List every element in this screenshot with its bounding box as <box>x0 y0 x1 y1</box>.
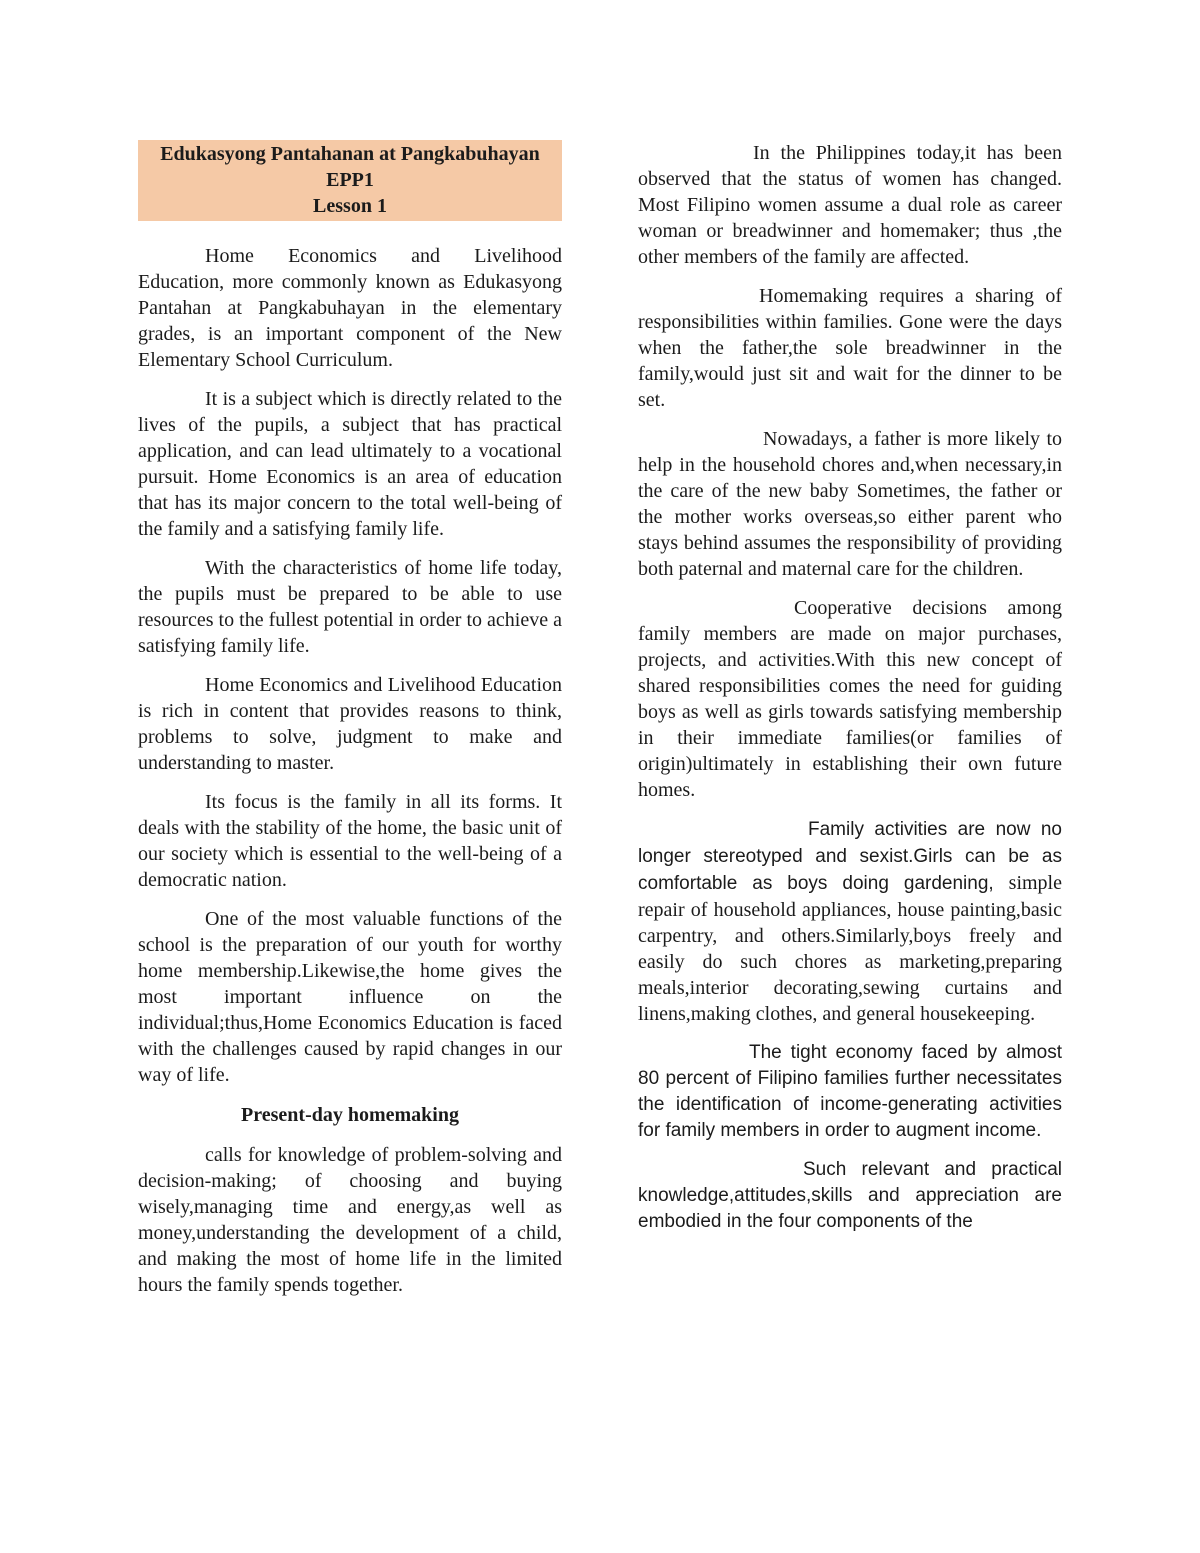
document-page: Edukasyong Pantahanan at Pangkabuhayan E… <box>0 0 1200 1553</box>
paragraph-focus-family: Its focus is the family in all its forms… <box>138 789 562 893</box>
left-column: Edukasyong Pantahanan at Pangkabuhayan E… <box>138 140 562 1311</box>
header-code-line: EPP1 <box>144 167 556 193</box>
paragraph-rich-content: Home Economics and Livelihood Education … <box>138 672 562 776</box>
paragraph-characteristics: With the characteristics of home life to… <box>138 555 562 659</box>
paragraph-school-functions: One of the most valuable functions of th… <box>138 906 562 1088</box>
paragraph-homemaking-sharing: Homemaking requires a sharing of respons… <box>638 283 1062 413</box>
paragraph-family-activities: Family activities are now no longer ster… <box>638 816 1062 1027</box>
paragraph-tight-economy: The tight economy faced by almost 80 per… <box>638 1040 1062 1144</box>
two-column-layout: Edukasyong Pantahanan at Pangkabuhayan E… <box>138 140 1062 1311</box>
paragraph-subject: It is a subject which is directly relate… <box>138 386 562 542</box>
paragraph-philippines-today: In the Philippines today,it has been obs… <box>638 140 1062 270</box>
lesson-header-box: Edukasyong Pantahanan at Pangkabuhayan E… <box>138 140 562 221</box>
paragraph-cooperative-decisions: Cooperative decisions among family membe… <box>638 595 1062 803</box>
paragraph-relevant-knowledge: Such relevant and practical knowledge,at… <box>638 1157 1062 1235</box>
right-column: In the Philippines today,it has been obs… <box>638 140 1062 1311</box>
paragraph-nowadays-father: Nowadays, a father is more likely to hel… <box>638 426 1062 582</box>
header-lesson-line: Lesson 1 <box>144 193 556 219</box>
family-activities-sans-segment: Family activities are now no longer ster… <box>638 819 1062 894</box>
paragraph-homemaking-calls: calls for knowledge of problem-solving a… <box>138 1142 562 1298</box>
section-heading-present-day-homemaking: Present-day homemaking <box>138 1102 562 1128</box>
header-title-line: Edukasyong Pantahanan at Pangkabuhayan <box>144 141 556 167</box>
family-activities-serif-segment: simple repair of household appliances, h… <box>638 872 1062 1025</box>
paragraph-intro: Home Economics and Livelihood Education,… <box>138 243 562 373</box>
